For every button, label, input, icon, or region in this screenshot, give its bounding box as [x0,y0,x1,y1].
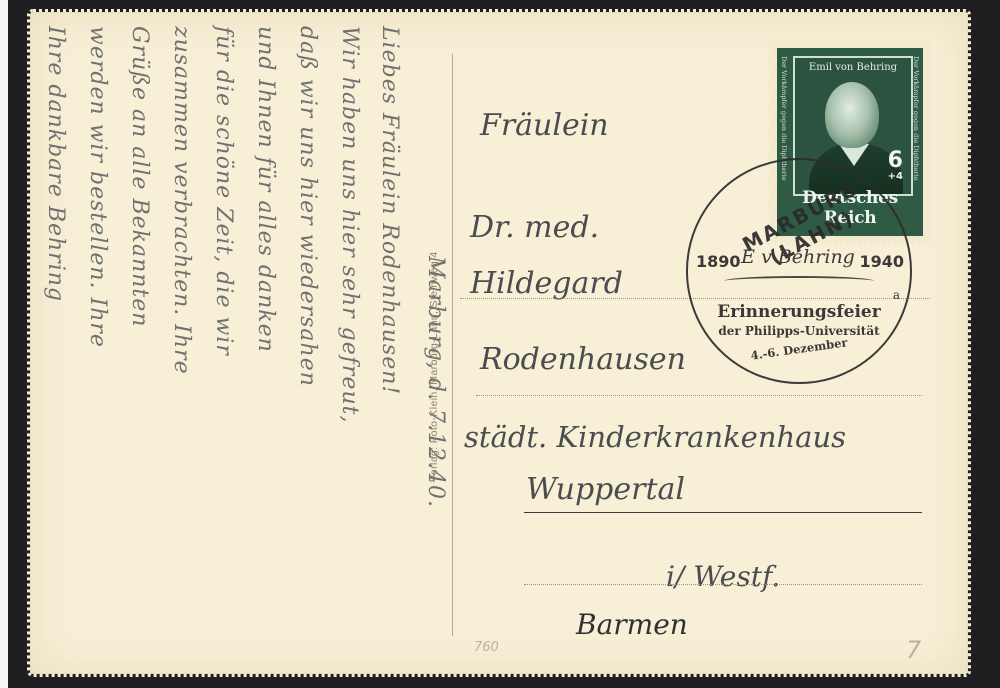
message-line: für die schöne Zeit, die wir [211,26,236,356]
message-line: Grüße an alle Bekannten [127,26,152,327]
stamp-side-text: Der Vorkämpfer gegen die Diphtherie [912,56,920,196]
scanner-edge [0,0,8,688]
address-underline [524,512,922,513]
stamp-portrait-name: Emil von Behring [795,62,911,73]
commemorative-postmark: MARBURG (LAHN) 1890 1940 E v Behring a E… [686,158,912,384]
handwritten-message: Ihre dankbare Behring werden wir bestell… [38,26,428,666]
postcard: Ihre dankbare Behring werden wir bestell… [30,12,968,674]
message-line: Liebes Fräulein Rodenhausen! [377,26,402,395]
address-surname: Rodenhausen [480,342,686,377]
postmark-year-start: 1890 [696,252,741,271]
address-dotted-line [524,584,922,585]
message-line: und Ihnen für alles danken [253,26,278,353]
message-line: zusammen verbrachten. Ihre [169,26,194,375]
postmark-line1: Erinnerungsfeier [688,302,910,322]
postmark-year-end: 1940 [859,252,904,271]
postmark-signature: E v Behring [738,246,858,268]
address-region: i/ Westf. [666,560,780,593]
address-title: Dr. med. [470,210,599,245]
portrait-face-icon [825,82,879,148]
laurel-wreath-icon [724,276,874,286]
address-city: Wuppertal [526,472,685,507]
address-salutation: Fräulein [480,108,609,143]
address-district: Barmen [576,608,688,641]
message-line: daß wir uns hier wiedersahen [295,26,320,387]
address-dotted-line [476,395,922,396]
message-line: werden wir bestellen. Ihre [85,26,110,348]
address-institution: städt. Kinderkrankenhaus [464,420,846,454]
pencil-price-note: 760 [474,640,499,655]
pencil-number-note: 7 [906,636,921,664]
message-line: Ihre dankbare Behring [43,26,68,302]
publisher-imprint: Verlag: Foto-Klein, Marburg-Lahn, Steinw… [428,251,440,482]
center-divider [452,54,453,636]
address-first-name: Hildegard [470,266,623,301]
message-line: Wir haben uns hier sehr gefreut, [337,26,362,423]
postmark-letter: a [893,288,900,302]
